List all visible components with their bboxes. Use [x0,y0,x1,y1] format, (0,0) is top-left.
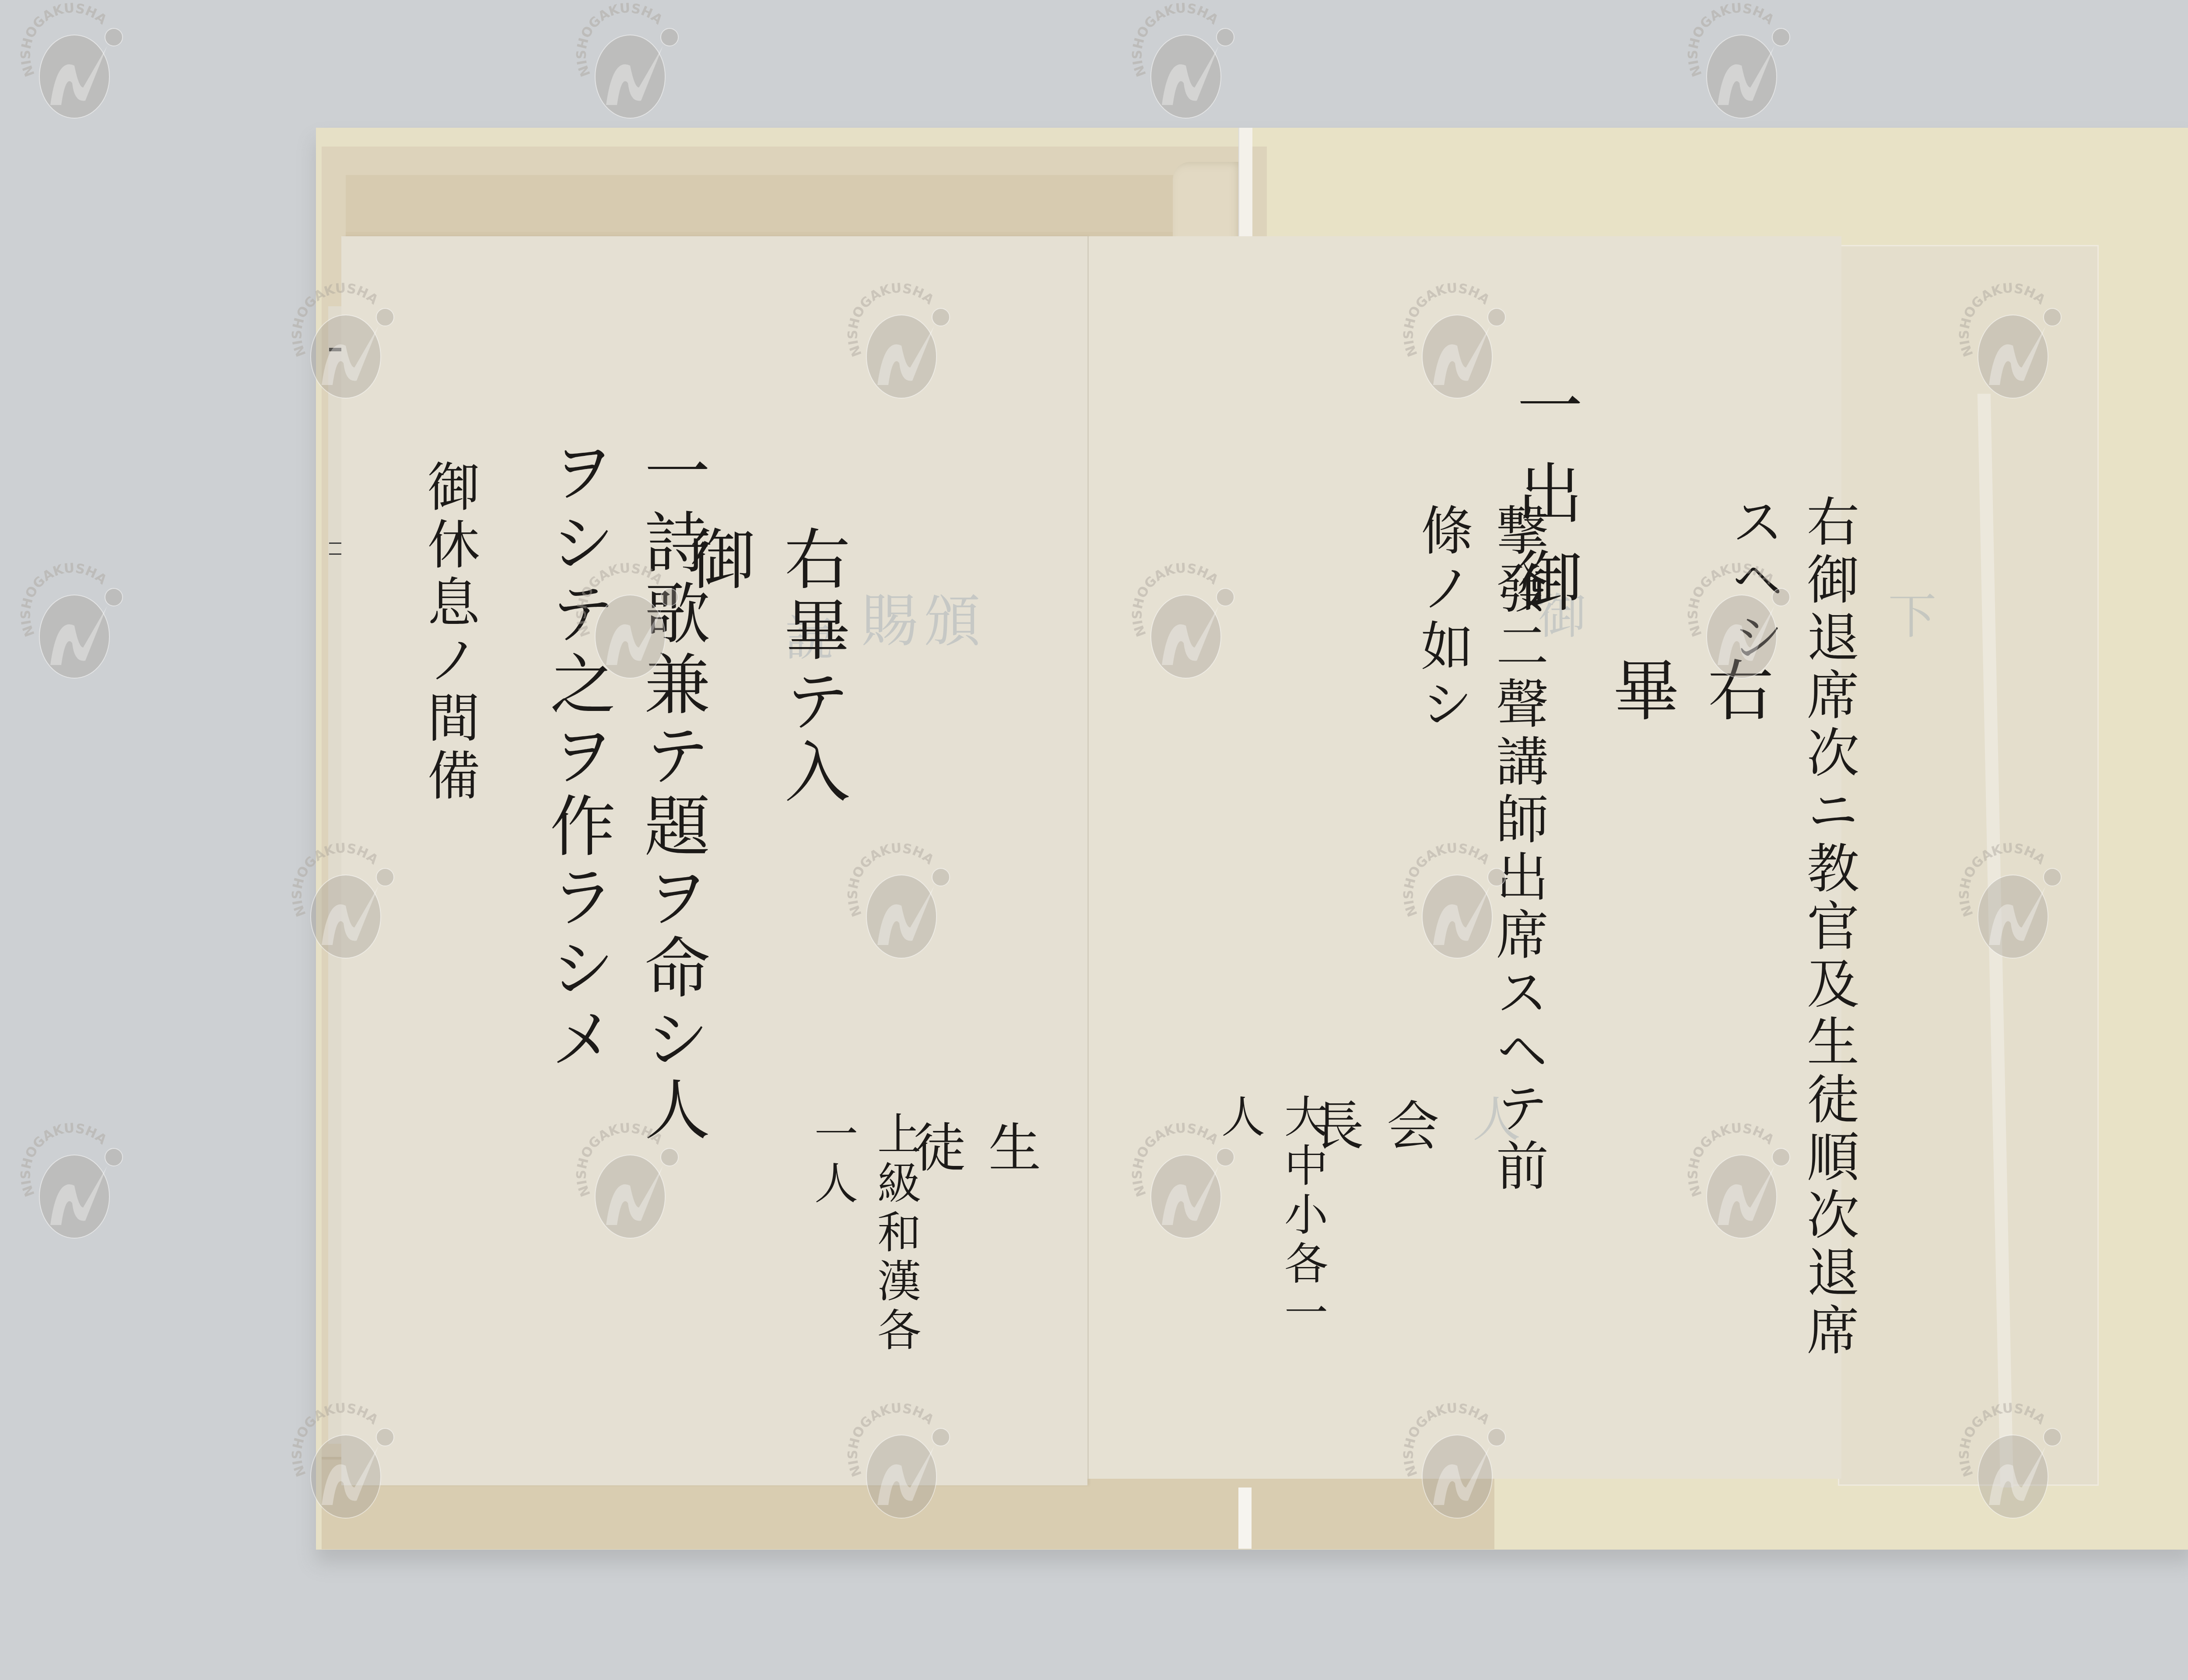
watermark-logo-icon: NISHOGAKUSHA [1392,840,1523,971]
watermark-logo-icon: NISHOGAKUSHA [565,0,696,131]
watermark-logo-icon: NISHOGAKUSHA [1120,1120,1252,1251]
left-col-students-sub: 上級和漢各一人 [801,1111,927,1374]
watermark-logo-icon: NISHOGAKUSHA [9,1120,140,1251]
watermark-logo-icon: NISHOGAKUSHA [9,560,140,691]
watermark-logo-icon: NISHOGAKUSHA [280,840,411,971]
binding-string-bottom [1238,1487,1252,1549]
watermark-logo-icon: NISHOGAKUSHA [836,840,967,971]
underlying-sheet-edge [346,175,1195,234]
bleed-through-text: 下 [1882,591,1935,639]
watermark-logo-icon: NISHOGAKUSHA [836,1400,967,1531]
watermark-logo-icon: NISHOGAKUSHA [280,1400,411,1531]
watermark-logo-icon: NISHOGAKUSHA [1120,560,1252,691]
watermark-logo-icon: NISHOGAKUSHA [1392,1400,1523,1531]
watermark-logo-icon: NISHOGAKUSHA [836,280,967,411]
watermark-logo-icon: NISHOGAKUSHA [1947,280,2079,411]
watermark-logo-icon: NISHOGAKUSHA [1676,560,1807,691]
bleed-through-text: 頒賜 [853,591,978,647]
watermark-logo-icon: NISHOGAKUSHA [565,1120,696,1251]
left-col-rest-room: 御休息ノ間備 [411,459,487,809]
watermark-logo-icon: NISHOGAKUSHA [1392,280,1523,411]
watermark-logo-icon: NISHOGAKUSHA [565,560,696,691]
watermark-logo-icon: NISHOGAKUSHA [280,280,411,411]
watermark-logo-icon: NISHOGAKUSHA [1947,1400,2079,1531]
watermark-logo-icon: NISHOGAKUSHA [1676,0,1807,131]
watermark-logo-icon: NISHOGAKUSHA [9,0,140,131]
watermark-logo-icon: NISHOGAKUSHA [1120,0,1252,131]
watermark-logo-icon: NISHOGAKUSHA [1947,840,2079,971]
watermark-logo-icon: NISHOGAKUSHA [1676,1120,1807,1251]
left-col-exit: 右畢テ入御 [670,525,859,875]
